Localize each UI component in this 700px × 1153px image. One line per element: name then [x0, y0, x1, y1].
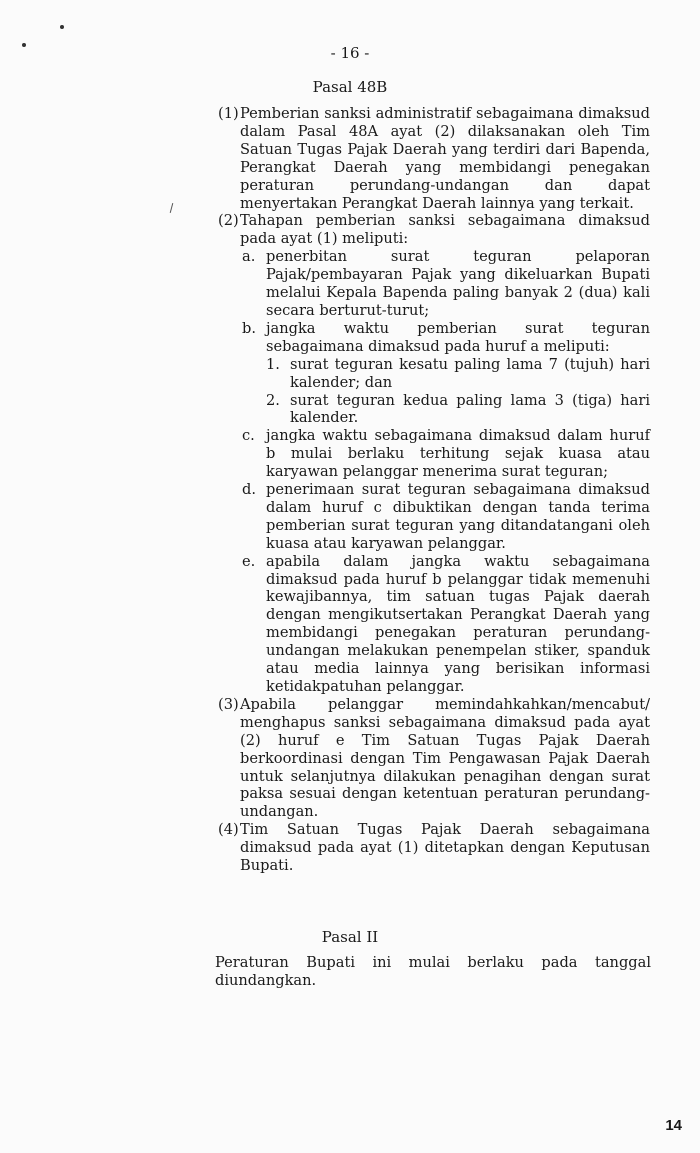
angka-1: 1. surat teguran kesatu paling lama 7 (t… — [266, 356, 650, 392]
ayat-4: (4) Tim Satuan Tugas Pajak Daerah sebaga… — [218, 821, 650, 875]
huruf-c: c. jangka waktu sebagaimana dimaksud dal… — [242, 427, 650, 481]
huruf-b: b. jangka waktu pemberian surat teguran … — [242, 320, 650, 356]
huruf-e: e. apabila dalam jangka waktu sebagaiman… — [242, 553, 650, 696]
ayat-number: (2) — [218, 212, 240, 248]
huruf-text: penerimaan surat teguran sebagaimana dim… — [266, 481, 650, 553]
angka-number: 1. — [266, 356, 290, 392]
huruf-letter: b. — [242, 320, 266, 356]
page-number-bottom: 14 — [665, 1117, 682, 1134]
page-number-top: - 16 - — [0, 44, 700, 62]
huruf-letter: a. — [242, 248, 266, 320]
angka-text: surat teguran kedua paling lama 3 (tiga)… — [290, 392, 650, 428]
angka-2: 2. surat teguran kedua paling lama 3 (ti… — [266, 392, 650, 428]
ayat-number: (3) — [218, 696, 240, 821]
ayat-text: Apabila pelanggar memindahkahkan/mencabu… — [240, 696, 650, 821]
pasal-48b-title: Pasal 48B — [0, 78, 700, 96]
huruf-d: d. penerimaan surat teguran sebagaimana … — [242, 481, 650, 553]
huruf-a: a. penerbitan surat teguran pelaporan Pa… — [242, 248, 650, 320]
angka-number: 2. — [266, 392, 290, 428]
pasal-ii-text: Peraturan Bupati ini mulai berlaku pada … — [215, 954, 651, 990]
ayat-text: Tim Satuan Tugas Pajak Daerah sebagaiman… — [240, 821, 650, 875]
ayat-number: (1) — [218, 105, 240, 212]
ayat-text: Pemberian sanksi administratif sebagaima… — [240, 105, 650, 212]
huruf-text: penerbitan surat teguran pelaporan Pajak… — [266, 248, 650, 320]
ayat-3: (3) Apabila pelanggar memindahkahkan/men… — [218, 696, 650, 821]
scan-speck — [60, 25, 64, 29]
ayat-number: (4) — [218, 821, 240, 875]
huruf-letter: c. — [242, 427, 266, 481]
ayat-text: Tahapan pemberian sanksi sebagaimana dim… — [240, 212, 650, 248]
pasal-48b-body: (1) Pemberian sanksi administratif sebag… — [218, 105, 650, 875]
huruf-text: jangka waktu sebagaimana dimaksud dalam … — [266, 427, 650, 481]
huruf-text: apabila dalam jangka waktu sebagaimana d… — [266, 553, 650, 696]
ayat-2: (2) Tahapan pemberian sanksi sebagaimana… — [218, 212, 650, 248]
huruf-letter: d. — [242, 481, 266, 553]
angka-text: surat teguran kesatu paling lama 7 (tuju… — [290, 356, 650, 392]
document-page: - 16 - Pasal 48B (1) Pemberian sanksi ad… — [0, 0, 700, 1153]
pasal-ii-title: Pasal II — [0, 928, 700, 946]
huruf-letter: e. — [242, 553, 266, 696]
huruf-text: jangka waktu pemberian surat teguran seb… — [266, 320, 650, 356]
scan-mark — [170, 203, 174, 213]
ayat-1: (1) Pemberian sanksi administratif sebag… — [218, 105, 650, 212]
